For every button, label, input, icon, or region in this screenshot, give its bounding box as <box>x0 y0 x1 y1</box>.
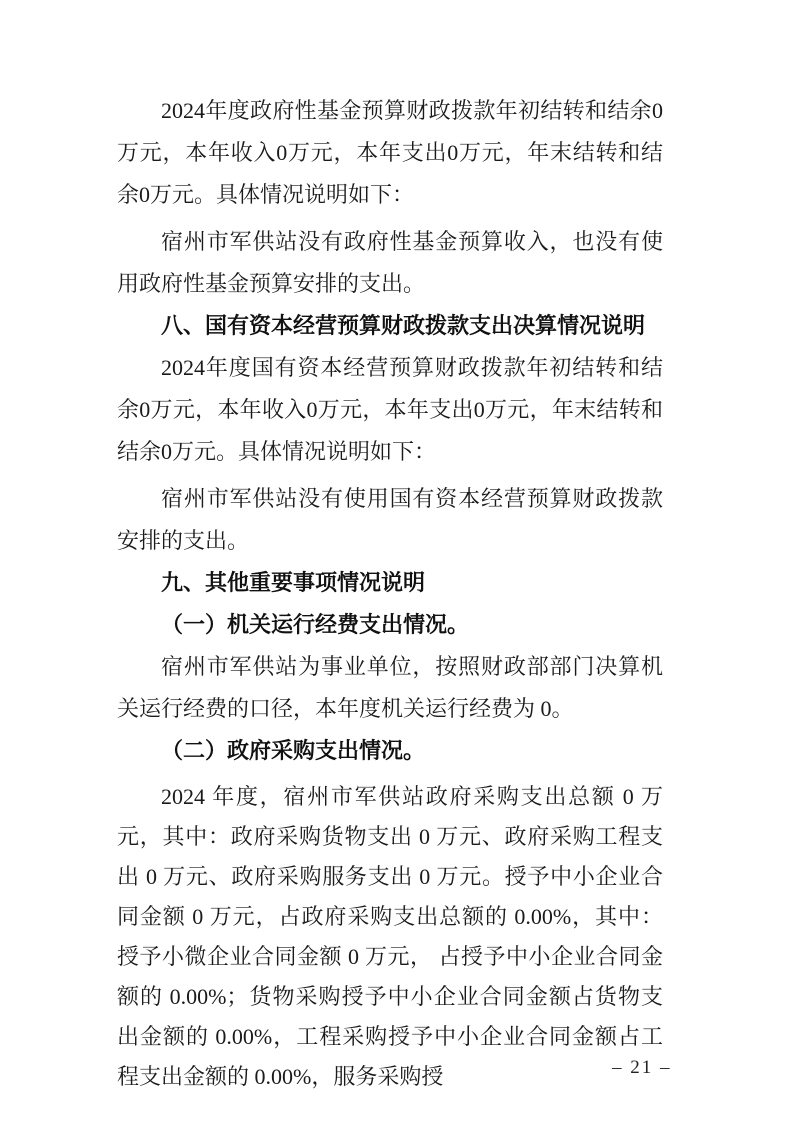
paragraph-gov-fund-note: 宿州市军供站没有政府性基金预算收入，也没有使用政府性基金预算安排的支出。 <box>117 221 663 305</box>
page-number: – 21 – <box>612 1057 672 1079</box>
subsection-heading-2: （二）政府采购支出情况。 <box>117 730 663 772</box>
subsection-heading-1: （一）机关运行经费支出情况。 <box>117 604 663 646</box>
section-heading-9: 九、其他重要事项情况说明 <box>117 562 663 604</box>
paragraph-state-capital-summary: 2024年度国有资本经营预算财政拨款年初结转和结余0万元，本年收入0万元，本年支… <box>117 347 663 473</box>
document-page: 2024年度政府性基金预算财政拨款年初结转和结余0万元，本年收入0万元，本年支出… <box>0 0 793 1122</box>
paragraph-state-capital-note: 宿州市军供站没有使用国有资本经营预算财政拨款安排的支出。 <box>117 478 663 562</box>
section-heading-8: 八、国有资本经营预算财政拨款支出决算情况说明 <box>117 305 663 347</box>
paragraph-gov-fund-summary: 2024年度政府性基金预算财政拨款年初结转和结余0万元，本年收入0万元，本年支出… <box>117 90 663 216</box>
document-content: 2024年度政府性基金预算财政拨款年初结转和结余0万元，本年收入0万元，本年支出… <box>117 90 663 1097</box>
paragraph-operating-expense: 宿州市军供站为事业单位，按照财政部部门决算机关运行经费的口径，本年度机关运行经费… <box>117 646 663 730</box>
paragraph-procurement: 2024 年度，宿州市军供站政府采购支出总额 0 万元，其中：政府采购货物支出 … <box>117 777 663 1097</box>
